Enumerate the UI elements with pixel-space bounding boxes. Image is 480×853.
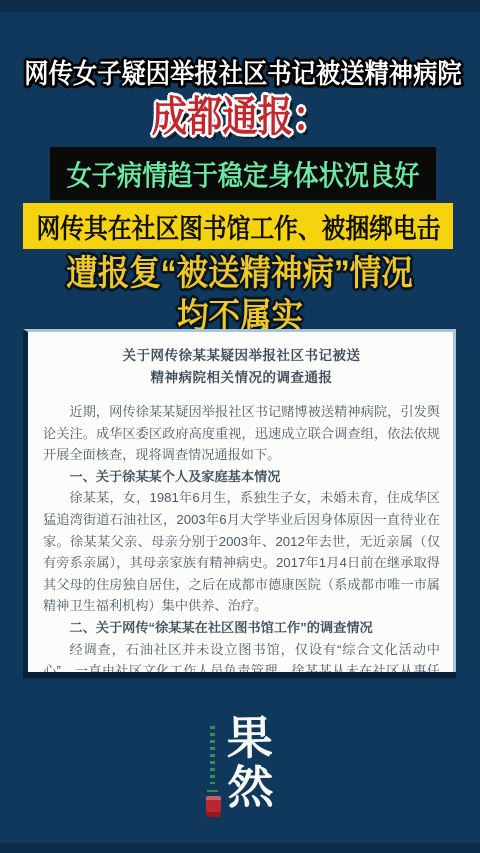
bottom-edge-bar	[0, 843, 480, 853]
logo-char-bottom: 然	[227, 763, 274, 813]
top-edge-bar	[0, 0, 480, 12]
yellow-banner: 网传其在社区图书馆工作、被捆绑电击	[23, 203, 453, 249]
black-banner-text: 女子病情趋于稳定身体状况良好	[67, 154, 420, 194]
official-notice-document: 关于网传徐某某疑因举报社区书记被送 精神病院相关情况的调查通报 近期，网传徐某某…	[23, 329, 456, 672]
doc-paragraph: 经调查，石油社区并未设立图书馆，仅设有“综合文化活动中心”，一直由社区文化工作人…	[43, 639, 440, 672]
logo-characters: 果 然	[226, 714, 274, 813]
doc-title-line1: 关于网传徐某某疑因举报社区书记被送	[43, 345, 440, 367]
doc-section-heading: 一、关于徐某某个人及家庭基本情况	[43, 466, 440, 488]
news-image-canvas: 网传女子疑因举报社区书记被送精神病院 成都通报： 女子病情趋于稳定身体状况良好 …	[0, 0, 480, 853]
headline-untrue-claims-line1: 遭报复“被送精神病”情况	[67, 256, 414, 293]
doc-title: 关于网传徐某某疑因举报社区书记被送 精神病院相关情况的调查通报	[43, 345, 440, 389]
black-banner: 女子病情趋于稳定身体状况良好	[50, 147, 436, 200]
logo-side-marks-icon	[210, 726, 215, 784]
doc-section-heading: 二、关于网传“徐某某在社区图书馆工作”的调查情况	[43, 617, 440, 639]
doc-body: 近期，网传徐某某疑因举报社区书记赌博被送精神病院，引发舆论关注。成华区委区政府高…	[43, 401, 440, 672]
yellow-banner-text: 网传其在社区图书馆工作、被捆绑电击	[36, 207, 440, 246]
doc-paragraph: 徐某某，女，1981年6月生，系独生子女，未婚未育，住成华区猛追湾街道石油社区，…	[43, 487, 440, 617]
guoran-logo: 果 然	[203, 714, 278, 818]
headline-chengdu-report: 成都通报：	[0, 95, 480, 139]
headline-chengdu-report-text: 成都通报：	[152, 95, 328, 139]
logo-seal-icon	[206, 796, 221, 817]
headline-line1: 网传女子疑因举报社区书记被送精神病院	[0, 60, 480, 88]
headline-line1-text: 网传女子疑因举报社区书记被送精神病院	[24, 60, 461, 88]
doc-paragraph: 近期，网传徐某某疑因举报社区书记赌博被送精神病院，引发舆论关注。成华区委区政府高…	[43, 401, 440, 466]
doc-title-line2: 精神病院相关情况的调查通报	[43, 367, 440, 389]
logo-dash-icon	[207, 790, 218, 792]
logo-char-top: 果	[226, 714, 273, 764]
